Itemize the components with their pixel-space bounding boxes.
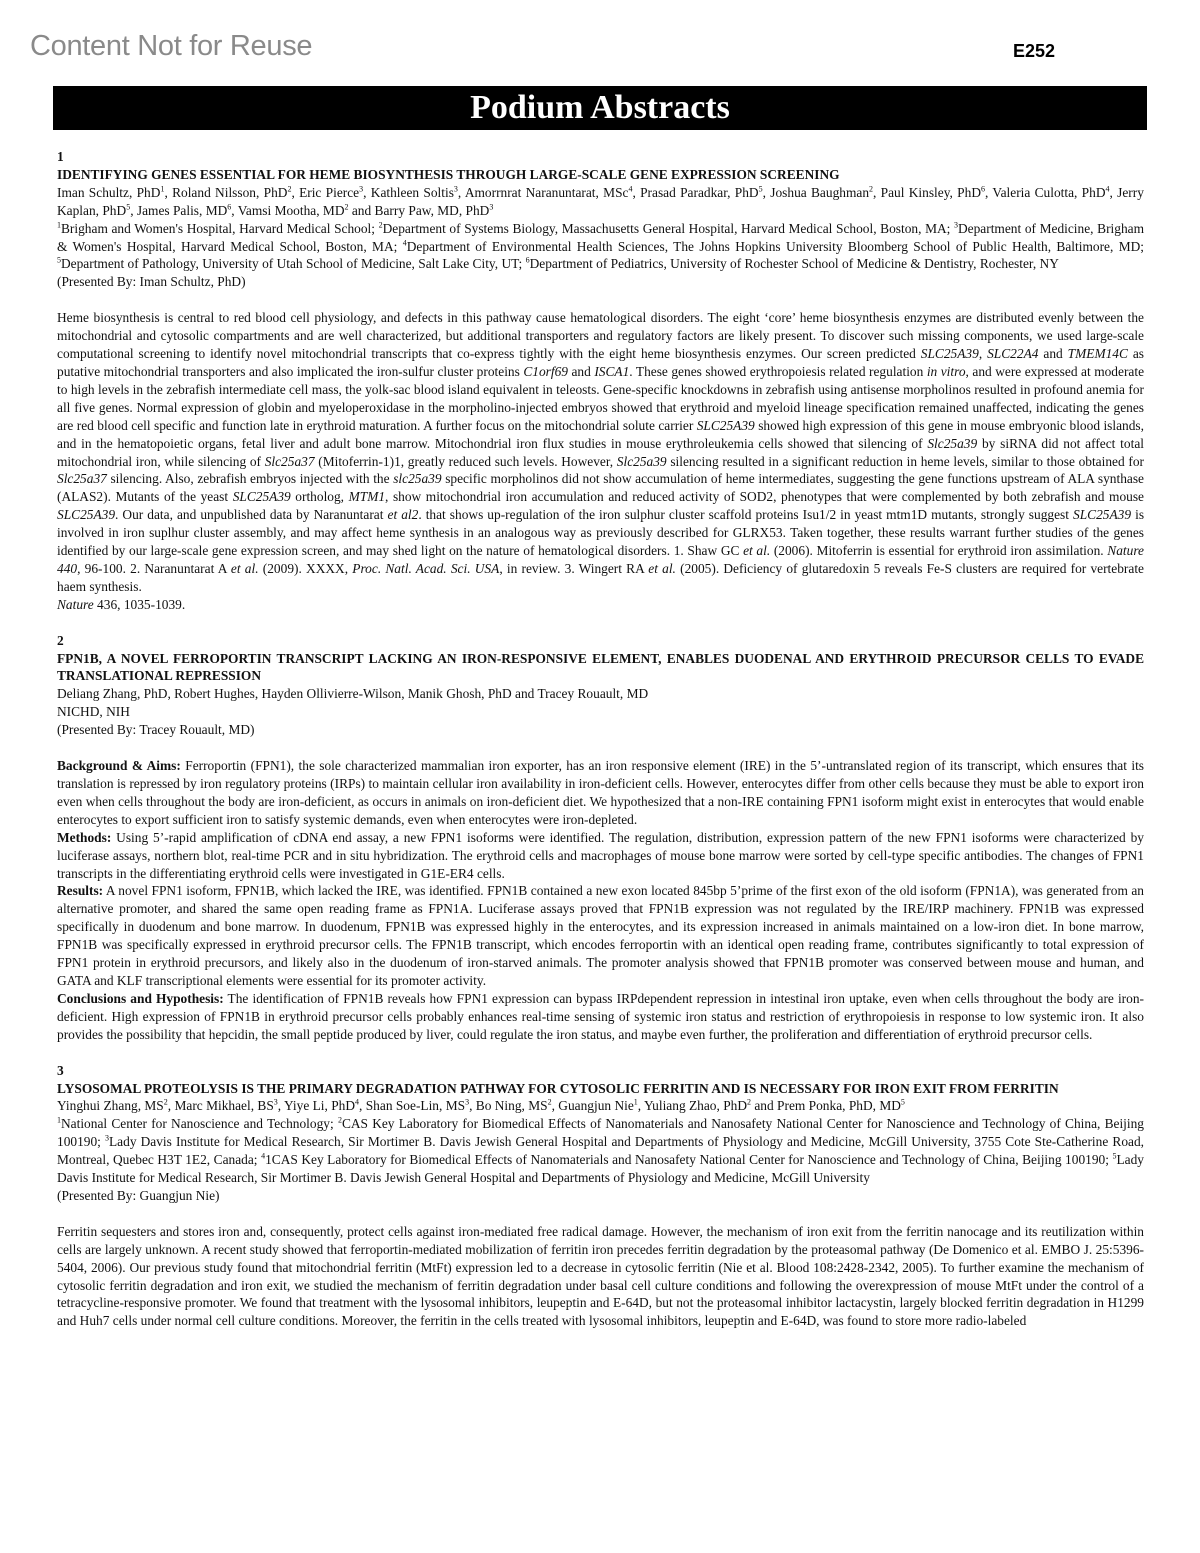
abstract-number: 3 — [57, 1062, 1144, 1080]
abstract-body-last-line: Nature 436, 1035-1039. — [57, 596, 1144, 614]
author-name: Yuliang Zhao, PhD — [644, 1098, 747, 1113]
author-list: Iman Schultz, PhD1, Roland Nilsson, PhD2… — [57, 184, 1144, 220]
author-name: Vamsi Mootha, MD — [238, 203, 345, 218]
abstracts-content: 1 IDENTIFYING GENES ESSENTIAL FOR HEME B… — [57, 148, 1144, 1330]
section-conclusions: Conclusions and Hypothesis: The identifi… — [57, 990, 1144, 1044]
author-name: Roland Nilsson, PhD — [172, 185, 287, 200]
affiliation-list: NICHD, NIH — [57, 703, 1144, 721]
author-name: Iman Schultz, PhD — [57, 185, 160, 200]
section-text: A novel FPN1 isoform, FPN1B, which lacke… — [57, 883, 1144, 988]
presented-by: (Presented By: Iman Schultz, PhD) — [57, 273, 1144, 291]
author-name: Yinghui Zhang, MS — [57, 1098, 164, 1113]
section-banner: Podium Abstracts — [53, 86, 1147, 130]
abstract-3: 3 LYSOSOMAL PROTEOLYSIS IS THE PRIMARY D… — [57, 1062, 1144, 1331]
abstract-title: IDENTIFYING GENES ESSENTIAL FOR HEME BIO… — [57, 166, 1144, 184]
author-list: Deliang Zhang, PhD, Robert Hughes, Hayde… — [57, 685, 1144, 703]
author-name: Barry Paw, MD, PhD — [375, 203, 490, 218]
author-name: Eric Pierce — [299, 185, 359, 200]
abstract-body: Heme biosynthesis is central to red bloo… — [57, 309, 1144, 596]
affiliation-list: 1National Center for Nanoscience and Tec… — [57, 1115, 1144, 1187]
abstract-2: 2 FPN1B, A NOVEL FERROPORTIN TRANSCRIPT … — [57, 632, 1144, 1044]
section-results: Results: A novel FPN1 isoform, FPN1B, wh… — [57, 882, 1144, 989]
abstract-1: 1 IDENTIFYING GENES ESSENTIAL FOR HEME B… — [57, 148, 1144, 614]
section-background: Background & Aims: Ferroportin (FPN1), t… — [57, 757, 1144, 829]
presented-by: (Presented By: Tracey Rouault, MD) — [57, 721, 1144, 739]
section-text: Ferroportin (FPN1), the sole characteriz… — [57, 758, 1144, 827]
author-name: Amorrnrat Naranuntarat, MSc — [465, 185, 629, 200]
section-label: Conclusions and Hypothesis: — [57, 991, 224, 1006]
author-name: Guangjun Nie — [558, 1098, 634, 1113]
abstract-title: FPN1B, A NOVEL FERROPORTIN TRANSCRIPT LA… — [57, 650, 1144, 686]
author-name: Bo Ning, MS — [476, 1098, 548, 1113]
section-label: Methods: — [57, 830, 111, 845]
author-name: Yiye Li, PhD — [284, 1098, 355, 1113]
section-label: Results: — [57, 883, 103, 898]
watermark-text: Content Not for Reuse — [30, 30, 312, 63]
abstract-number: 1 — [57, 148, 1144, 166]
abstract-number: 2 — [57, 632, 1144, 650]
section-label: Background & Aims: — [57, 758, 181, 773]
author-name: Marc Mikhael, BS — [174, 1098, 273, 1113]
affiliation-list: 1Brigham and Women's Hospital, Harvard M… — [57, 220, 1144, 274]
author-name: James Palis, MD — [137, 203, 227, 218]
section-text: Using 5’-rapid amplification of cDNA end… — [57, 830, 1144, 881]
author-name: Prasad Paradkar, PhD — [640, 185, 759, 200]
author-name: Valeria Culotta, PhD — [992, 185, 1105, 200]
section-methods: Methods: Using 5’-rapid amplification of… — [57, 829, 1144, 883]
abstract-body: Ferritin sequesters and stores iron and,… — [57, 1223, 1144, 1330]
author-name: Prem Ponka, PhD, MD — [777, 1098, 901, 1113]
page-number: E252 — [1013, 41, 1055, 62]
presented-by: (Presented By: Guangjun Nie) — [57, 1187, 1144, 1205]
abstract-title: LYSOSOMAL PROTEOLYSIS IS THE PRIMARY DEG… — [57, 1080, 1144, 1098]
author-name: Paul Kinsley, PhD — [881, 185, 981, 200]
author-name: Kathleen Soltis — [371, 185, 454, 200]
author-list: Yinghui Zhang, MS2, Marc Mikhael, BS3, Y… — [57, 1097, 1144, 1115]
author-name: Joshua Baughman — [770, 185, 869, 200]
author-name: Shan Soe-Lin, MS — [366, 1098, 465, 1113]
